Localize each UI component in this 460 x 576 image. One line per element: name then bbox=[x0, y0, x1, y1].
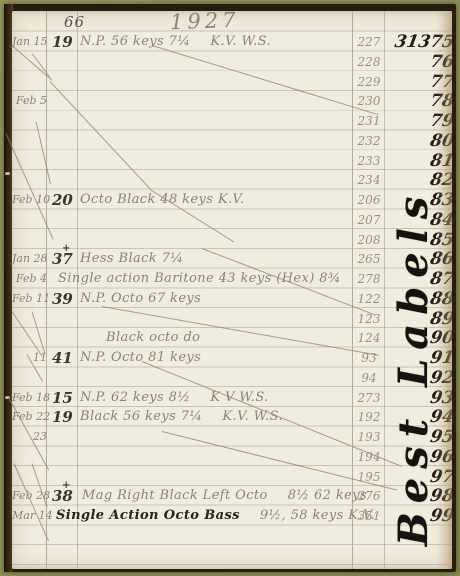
ledger-row: Feb 523078 bbox=[12, 91, 452, 111]
year-heading: 1927 bbox=[170, 8, 240, 34]
ledger-row: Black octo do12490 bbox=[12, 328, 452, 348]
entry-description: N.P. Octo 81 keys bbox=[80, 348, 201, 368]
photo-frame: 66 1927 Jan 1519N.P. 56 keys 7¼K.V. W.S.… bbox=[0, 0, 460, 576]
serial-number: 78 bbox=[384, 91, 456, 111]
entry-ref-number: 208 bbox=[354, 230, 384, 250]
ledger-row: 12389 bbox=[12, 309, 452, 329]
entry-description-text: Mag Right Black Left Octo bbox=[82, 488, 268, 503]
entry-quantity: 19 bbox=[52, 32, 82, 52]
ledger-row: Jan 1519N.P. 56 keys 7¼K.V. W.S.22731375 bbox=[12, 32, 452, 52]
entry-date: Feb 5 bbox=[12, 91, 47, 111]
entry-description-text: Single Action Octo Bass bbox=[56, 508, 240, 523]
dagger-mark: + bbox=[62, 239, 70, 259]
entry-description-text: Single action Baritone 43 keys (Hex) 8¾ bbox=[58, 271, 341, 286]
entry-ref-number: 122 bbox=[354, 289, 384, 309]
entry-ref-number: 228 bbox=[354, 52, 384, 72]
entry-ref-number: 351 bbox=[354, 506, 384, 526]
vertical-note: Best Labels bbox=[390, 126, 437, 546]
ledger-row: 22977 bbox=[12, 72, 452, 92]
serial-number: 31375 bbox=[384, 32, 456, 52]
entry-date: Feb 10 bbox=[12, 190, 47, 210]
ledger-row: Feb 4Single action Baritone 43 keys (Hex… bbox=[12, 269, 452, 289]
entry-quantity: 15 bbox=[52, 388, 82, 408]
ledger-row: Mar 14Single Action Octo Bass9½, 58 keys… bbox=[12, 506, 452, 526]
serial-number: 76 bbox=[384, 52, 456, 72]
entry-ref-number: 227 bbox=[354, 32, 384, 52]
entry-date: Feb 18 bbox=[12, 388, 47, 408]
entry-description-detail: K.V. W.S. bbox=[222, 409, 283, 424]
dagger-mark: + bbox=[62, 476, 70, 496]
entry-date: Mar 14 bbox=[12, 506, 47, 526]
entry-description: N.P. 56 keys 7¼K.V. W.S. bbox=[80, 32, 271, 52]
entry-description: N.P. 62 keys 8½K V W.S. bbox=[80, 388, 269, 408]
entry-ref-number: 273 bbox=[354, 388, 384, 408]
ledger-row: Feb 2219Black 56 keys 7¼K.V. W.S.19294 bbox=[12, 407, 452, 427]
entry-description-text: N.P. 56 keys 7¼ bbox=[80, 34, 190, 49]
serial-number: 77 bbox=[384, 72, 456, 92]
entry-description-text: Black 56 keys 7¼ bbox=[80, 409, 202, 424]
entry-ref-number: 206 bbox=[354, 190, 384, 210]
entry-date: Feb 4 bbox=[12, 269, 47, 289]
ledger-row: 9492 bbox=[12, 368, 452, 388]
ledger-page: 66 1927 Jan 1519N.P. 56 keys 7¼K.V. W.S.… bbox=[12, 11, 452, 569]
entry-description-detail: K.V. W.S. bbox=[210, 34, 271, 49]
ledger-row: 19597 bbox=[12, 467, 452, 487]
entry-description-text: Octo Black 48 keys K.V. bbox=[80, 192, 245, 207]
entry-date: Feb 22 bbox=[12, 407, 47, 427]
entry-description: Single Action Octo Bass9½, 58 keys K.V. bbox=[56, 506, 375, 526]
ledger-row: 23280 bbox=[12, 131, 452, 151]
page-number: 66 bbox=[64, 13, 85, 31]
entry-ref-number: 232 bbox=[354, 131, 384, 151]
entry-quantity: 20 bbox=[52, 190, 82, 210]
ledger-row: Feb 1020Octo Black 48 keys K.V.20683 bbox=[12, 190, 452, 210]
ledger-row: 19496 bbox=[12, 447, 452, 467]
ledger-row: 2319395 bbox=[12, 427, 452, 447]
entry-ref-number: 276 bbox=[354, 486, 384, 506]
entry-quantity: 19 bbox=[52, 407, 82, 427]
entry-ref-number: 229 bbox=[354, 72, 384, 92]
entry-quantity: 39 bbox=[52, 289, 82, 309]
entry-description-text: N.P. 62 keys 8½ bbox=[80, 390, 190, 405]
entry-description-text: Hess Black 7¼ bbox=[80, 251, 183, 266]
entry-description-text: Black octo do bbox=[106, 330, 200, 345]
entry-description: Black 56 keys 7¼K.V. W.S. bbox=[80, 407, 283, 427]
entry-description: Octo Black 48 keys K.V. bbox=[80, 190, 245, 210]
entry-description-text: N.P. Octo 67 keys bbox=[80, 291, 201, 306]
entry-date: Feb 11 bbox=[12, 289, 47, 309]
entry-ref-number: 278 bbox=[354, 269, 384, 289]
entry-ref-number: 207 bbox=[354, 210, 384, 230]
entry-date: Jan 28 bbox=[12, 249, 47, 269]
ledger-row: Feb 1139N.P. Octo 67 keys12288 bbox=[12, 289, 452, 309]
stitch-mark bbox=[5, 172, 10, 175]
entry-ref-number: 94 bbox=[354, 368, 384, 388]
entry-description: N.P. Octo 67 keys bbox=[80, 289, 201, 309]
entry-quantity: 41 bbox=[52, 348, 82, 368]
entry-description: Hess Black 7¼ bbox=[80, 249, 183, 269]
entry-ref-number: 124 bbox=[354, 328, 384, 348]
entry-ref-number: 233 bbox=[354, 151, 384, 171]
entry-description-text: N.P. Octo 81 keys bbox=[80, 350, 201, 365]
ledger-row: Feb 2838+Mag Right Black Left Octo8½ 62 … bbox=[12, 486, 452, 506]
ledger-row: 23179 bbox=[12, 111, 452, 131]
photo-dark-edge: 66 1927 Jan 1519N.P. 56 keys 7¼K.V. W.S.… bbox=[4, 4, 456, 572]
ledger-row: 23381 bbox=[12, 151, 452, 171]
entry-description: Mag Right Black Left Octo8½ 62 keys bbox=[82, 486, 367, 506]
ledger-row: 23482 bbox=[12, 170, 452, 190]
entry-ref-number: 193 bbox=[354, 427, 384, 447]
ledger-row: 20784 bbox=[12, 210, 452, 230]
entry-ref-number: 192 bbox=[354, 407, 384, 427]
entry-description: Black octo do bbox=[106, 328, 200, 348]
ledger-row: 1141N.P. Octo 81 keys9391 bbox=[12, 348, 452, 368]
entry-ref-number: 265 bbox=[354, 249, 384, 269]
entry-ref-number: 234 bbox=[354, 170, 384, 190]
entry-ref-number: 231 bbox=[354, 111, 384, 131]
